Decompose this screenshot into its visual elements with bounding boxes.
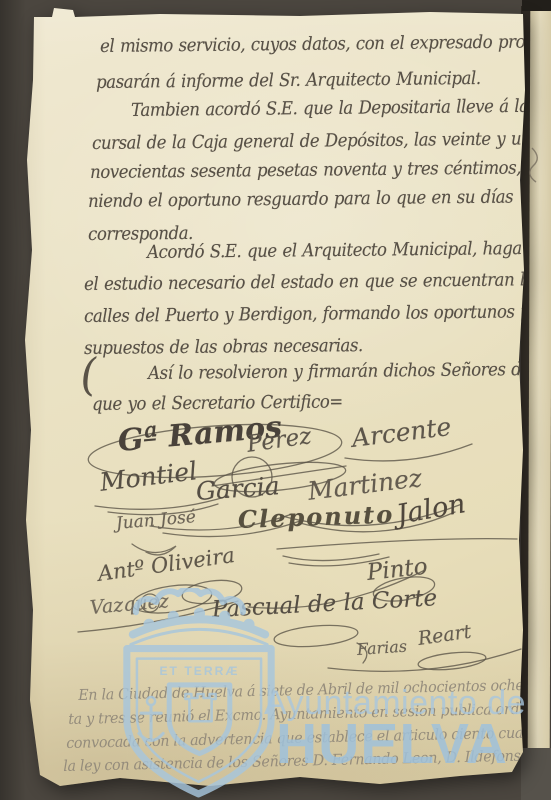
manuscript-line: que yo el Secretario Certifico= [92, 391, 343, 415]
page-edge-mark [528, 146, 546, 186]
manuscript-line: pasarán á informe del Sr. Arquitecto Mun… [96, 68, 481, 93]
manuscript-paper-wrap: el mismo servicio, cuyos datos, con el e… [0, 0, 551, 800]
signature-oliveira: Antº Oliveira [96, 543, 236, 586]
signature-pascual-de-la-corte: Pascual de la Corte [211, 585, 437, 623]
manuscript-line: supuestos de las obras necesarias. [84, 335, 363, 359]
manuscript-line: cursal de la Caja general de Depósitos, … [92, 128, 551, 154]
marginal-bracket-mark: ( [78, 349, 99, 401]
scanned-manuscript-view: el mismo servicio, cuyos datos, con el e… [0, 0, 551, 800]
signature-garcia: Garcia [195, 471, 281, 506]
signature-arcente: Arcente [350, 412, 453, 453]
signature-reart: Reart [416, 621, 472, 650]
closing-line: la ley con asistencia de los Señores D. … [63, 746, 529, 775]
signature-vazquez: Vazquez [89, 590, 170, 619]
flourish-pascual-oval [273, 622, 367, 663]
signature-illegible-rubric: Cleponuto [237, 500, 394, 534]
manuscript-line: el mismo servicio, cuyos datos, con el e… [100, 31, 551, 57]
closing-line: ta y tres se reunió el Excmo. Ayuntamien… [68, 699, 551, 728]
signature-juan-jose: Juan José [115, 507, 197, 534]
manuscript-paper: el mismo servicio, cuyos datos, con el e… [0, 0, 551, 800]
manuscript-line: Acordó S.E. que el Arquitecto Municipal,… [147, 238, 522, 263]
closing-line: En la Ciudad de Huelva á siete de Abril … [78, 676, 537, 704]
signature-jalon: Jalon [394, 488, 468, 531]
manuscript-line: calles del Puerto y Berdigon, formando l… [84, 301, 547, 327]
signature-montiel: Montiel [98, 456, 198, 497]
manuscript-line: niendo el oportuno resguardo para lo que… [88, 187, 513, 212]
signature-farias: Farias [356, 637, 407, 659]
manuscript-line: Así lo resolvieron y firmarán dichos Señ… [148, 359, 531, 384]
manuscript-line: el estudio necesario del estado en que s… [84, 269, 542, 295]
manuscript-line: Tambien acordó S.E. que la Depositaria l… [131, 95, 551, 121]
manuscript-line: novecientas sesenta pesetas noventa y tr… [90, 157, 551, 183]
signature-pinto: Pinto [366, 554, 429, 586]
